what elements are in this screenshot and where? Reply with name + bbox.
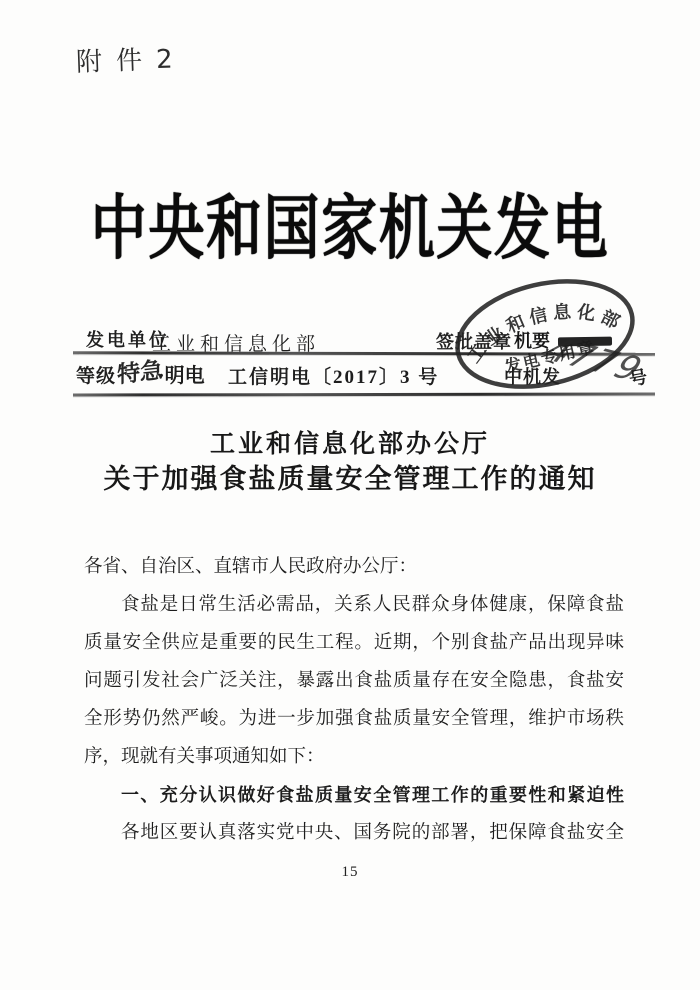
document-title-line2: 关于加强食盐质量安全管理工作的通知 <box>0 457 700 496</box>
form-rule-bottom <box>73 392 655 396</box>
body-line: 全形势仍然严峻。为进一步加强食盐质量安全管理，维护市场秩 <box>84 700 624 738</box>
grade-value-handwritten: 特急 <box>117 352 163 390</box>
body-line: 各地区要认真落实党中央、国务院的部署，把保障食盐安全 <box>84 814 624 852</box>
body-line: 食盐是日常生活必需品，关系人民群众身体健康，保障食盐 <box>84 586 624 624</box>
grade-value-printed: ·明电 <box>158 359 205 388</box>
body-line: 问题引发社会广泛关注，暴露出食盐质量存在安全隐患，食盐安 <box>84 662 624 700</box>
body-line: 序，现就有关事项通知如下： <box>84 738 624 776</box>
salutation-line: 各省、自治区、直辖市人民政府办公厅： <box>84 548 624 586</box>
telegram-form: 发电单位 工业和信息化部 签批盖章 机要 等级 特急 ·明电 工信明电〔2017… <box>0 0 700 430</box>
body-line: 质量安全供应是重要的民生工程。近期，个别食盐产品出现异味 <box>84 624 624 662</box>
document-number: 工信明电〔2017〕3 号 <box>228 362 439 389</box>
body-section-heading: 一、充分认识做好食盐质量安全管理工作的重要性和紧迫性 <box>84 776 624 814</box>
page-number: 15 <box>0 864 700 881</box>
stamp-purpose-text: 发电专用章 <box>502 336 598 377</box>
document-body: 各省、自治区、直辖市人民政府办公厅： 食盐是日常生活必需品，关系人民群众身体健康… <box>84 548 624 852</box>
grade-label: 等级 <box>76 361 116 388</box>
scanned-document-page: 附件2 中央和国家机关发电 发电单位 工业和信息化部 签批盖章 机要 等级 特急… <box>0 0 700 990</box>
document-title-line1: 工业和信息化部办公厅 <box>0 424 700 460</box>
